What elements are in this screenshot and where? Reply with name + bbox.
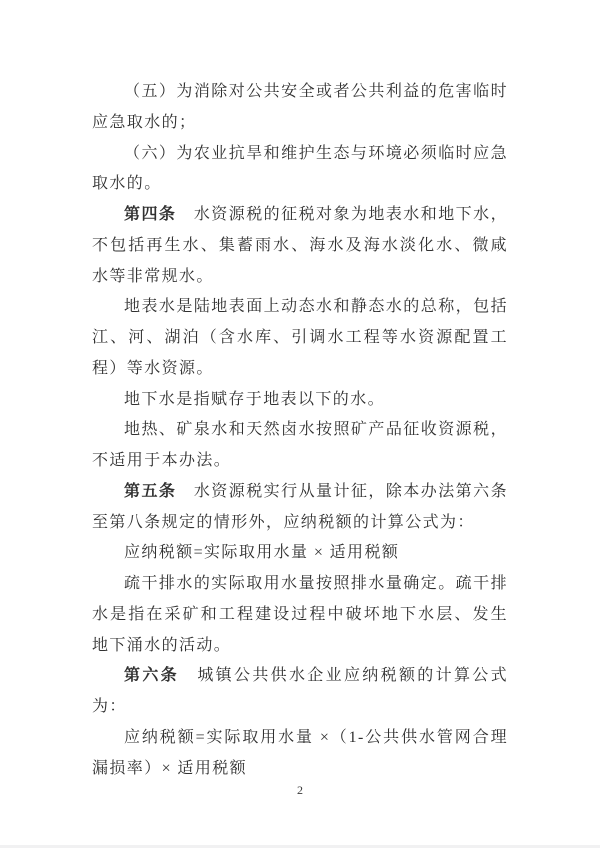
paragraph-text: 地热、矿泉水和天然卤水按照矿产品征收资源税，不适用于本办法。: [92, 421, 508, 469]
paragraph: 应纳税额=实际取用水量 × 适用税额: [92, 538, 508, 569]
page-number: 2: [0, 783, 600, 798]
paragraph: 第五条 水资源税实行从量计征，除本办法第六条至第八条规定的情形外，应纳税额的计算…: [92, 477, 508, 539]
paragraph: 地下水是指赋存于地表以下的水。: [92, 385, 508, 416]
paragraph-text: 应纳税额=实际取用水量 × 适用税额: [124, 544, 399, 561]
paragraph: 地热、矿泉水和天然卤水按照矿产品征收资源税，不适用于本办法。: [92, 415, 508, 477]
paragraph: 地表水是陆地表面上动态水和静态水的总称，包括江、河、湖泊（含水库、引调水工程等水…: [92, 292, 508, 384]
paragraph-text: 地表水是陆地表面上动态水和静态水的总称，包括江、河、湖泊（含水库、引调水工程等水…: [92, 298, 508, 377]
paragraph: 第四条 水资源税的征税对象为地表水和地下水，不包括再生水、集蓄雨水、海水及海水淡…: [92, 200, 508, 292]
paragraph: 应纳税额=实际取用水量 ×（1-公共供水管网合理漏损率）× 适用税额: [92, 723, 508, 785]
paragraph-text: 地下水是指赋存于地表以下的水。: [124, 391, 385, 408]
document-body: （五）为消除对公共安全或者公共利益的危害临时应急取水的；（六）为农业抗旱和维护生…: [92, 77, 508, 784]
article-number: 第四条: [124, 206, 176, 223]
paragraph-text: （五）为消除对公共安全或者公共利益的危害临时应急取水的；: [92, 83, 508, 131]
paragraph: 疏干排水的实际取用水量按照排水量确定。疏干排水是指在采矿和工程建设过程中破坏地下…: [92, 569, 508, 661]
paragraph: 第六条 城镇公共供水企业应纳税额的计算公式为：: [92, 661, 508, 723]
document-page: （五）为消除对公共安全或者公共利益的危害临时应急取水的；（六）为农业抗旱和维护生…: [0, 0, 600, 848]
paragraph: （五）为消除对公共安全或者公共利益的危害临时应急取水的；: [92, 77, 508, 139]
article-number: 第六条: [124, 667, 179, 684]
paragraph: （六）为农业抗旱和维护生态与环境必须临时应急取水的。: [92, 139, 508, 201]
paragraph-text: （六）为农业抗旱和维护生态与环境必须临时应急取水的。: [92, 145, 508, 193]
paragraph-text: 应纳税额=实际取用水量 ×（1-公共供水管网合理漏损率）× 适用税额: [92, 729, 508, 777]
article-number: 第五条: [124, 483, 176, 500]
paragraph-text: 疏干排水的实际取用水量按照排水量确定。疏干排水是指在采矿和工程建设过程中破坏地下…: [92, 575, 508, 654]
